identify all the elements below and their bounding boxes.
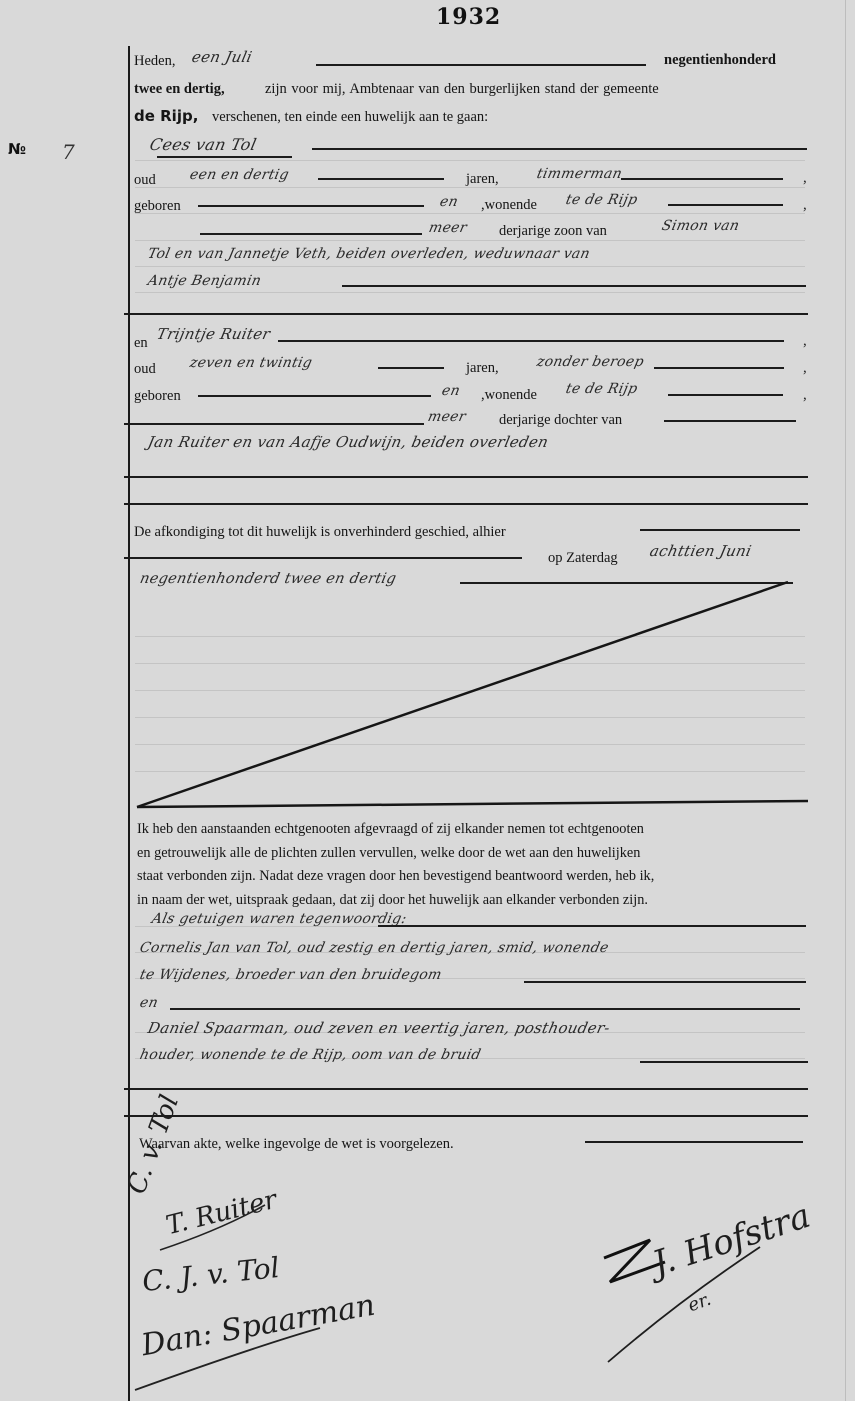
- marriage-record-page: 1932 № 7 Heden, een Juli negentienhonder…: [0, 0, 855, 1401]
- signature-flourishes: [0, 0, 855, 1401]
